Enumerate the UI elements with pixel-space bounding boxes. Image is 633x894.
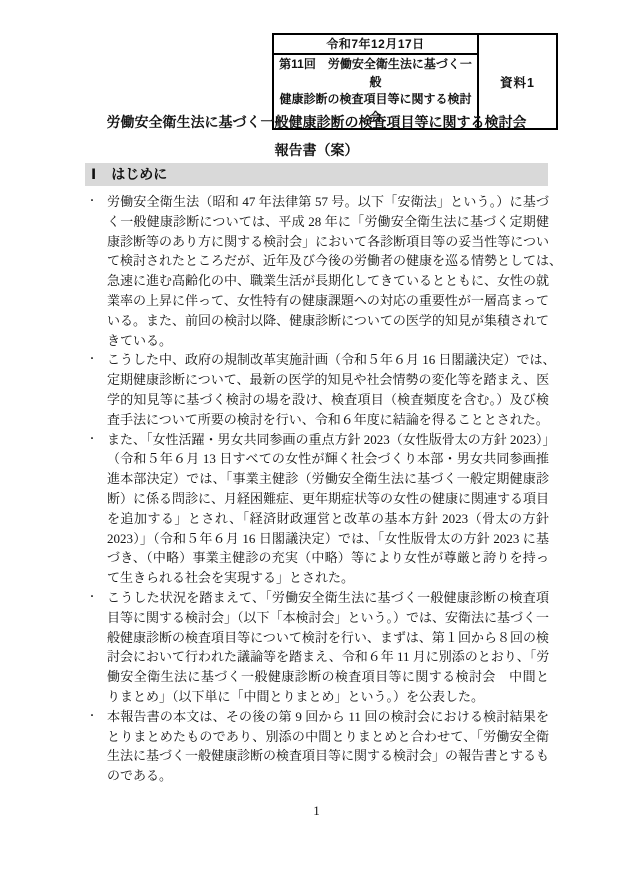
header-meeting-line1: 第11回 労働安全衛生法に基づく一般	[274, 56, 477, 91]
body-line: 康診断等のあり方に関する検討会」において各診断項目等の妥当性等につい	[107, 232, 549, 252]
body-paragraphs: ・労働安全衛生法（昭和 47 年法律第 57 号。以下「安衛法」という。）に基づ…	[85, 192, 549, 786]
bullet-marker: ・	[87, 350, 97, 370]
body-line: 働安全衛生法に基づく一般健康診断の検査項目等に関する検討会 中間と	[107, 667, 549, 687]
body-line: 断）に係る問診に、月経困難症、更年期症状等の女性の健康に関連する項目	[107, 489, 549, 509]
body-line: 急速に進む高齢化の中、職業生活が長期化してきているとともに、女性の就	[107, 271, 549, 291]
body-line: 討会において行われた議論等を踏まえ、令和６年 11 月に別添のとおり、「労	[107, 647, 549, 667]
paragraph: ・本報告書の本文は、その後の第 9 回から 11 回の検討会における検討結果をと…	[85, 707, 549, 786]
body-line: 査手法について所要の検討を行い、令和６年度に結論を得ることとされた。	[107, 410, 549, 430]
body-line: いる。また、前回の検討以降、健康診断についての医学的知見が集積されて	[107, 311, 549, 331]
body-line: 学的知見等に基づく検討の場を設け、検査項目（検査頻度を含む。）及び検	[107, 390, 549, 410]
body-line: きている。	[107, 331, 549, 351]
section-heading: Ⅰはじめに	[85, 163, 548, 186]
page-number: 1	[0, 803, 633, 819]
bullet-marker: ・	[87, 192, 97, 212]
document-title-line1: 労働安全衛生法に基づく一般健康診断の検査項目等に関する検討会	[0, 108, 633, 136]
paragraph: ・こうした状況を踏まえて、「労働安全衛生法に基づく一般健康診断の検査項目等に関す…	[85, 588, 549, 707]
body-line: りまとめ」（以下単に「中間とりまとめ」という。）を公表した。	[107, 687, 549, 707]
body-line: 2023）」（令和５年６月 16 日閣議決定）では、「女性版骨太の方針 2023…	[107, 529, 549, 549]
body-line: のである。	[107, 766, 549, 786]
body-line: 目等に関する検討会」（以下「本検討会」という。）では、安衛法に基づく一	[107, 608, 549, 628]
body-line: とりまとめたものであり、別添の中間とりまとめと合わせて、「労働安全衛	[107, 727, 549, 747]
body-line: を追加する」とされ、「経済財政運営と改革の基本方針 2023（骨太の方針	[107, 509, 549, 529]
body-line: 本報告書の本文は、その後の第 9 回から 11 回の検討会における検討結果を	[107, 707, 549, 727]
body-line: こうした状況を踏まえて、「労働安全衛生法に基づく一般健康診断の検査項	[107, 588, 549, 608]
bullet-marker: ・	[87, 707, 97, 727]
body-line: て生きられる社会を実現する」とされた。	[107, 568, 549, 588]
body-line: また、「女性活躍・男女共同参画の重点方針 2023（女性版骨太の方針 2023）…	[107, 430, 549, 450]
body-line: （令和５年６月 13 日すべての女性が輝く社会づくり本部・男女共同参画推	[107, 449, 549, 469]
body-line: 生法に基づく一般健康診断の検査項目等に関する検討会」の報告書とするも	[107, 746, 549, 766]
document-title: 労働安全衛生法に基づく一般健康診断の検査項目等に関する検討会 報告書（案）	[0, 108, 633, 164]
section-label: はじめに	[111, 166, 167, 182]
body-line: 定期健康診断について、最新の医学的知見や社会情勢の変化等を踏まえ、医	[107, 370, 549, 390]
body-line: 進本部決定）では、「事業主健診（労働安全衛生法に基づく一般定期健康診	[107, 469, 549, 489]
paragraph: ・労働安全衛生法（昭和 47 年法律第 57 号。以下「安衛法」という。）に基づ…	[85, 192, 549, 350]
body-line: づき、（中略）事業主健診の充実（中略）等により女性が尊厳と誇りを持っ	[107, 548, 549, 568]
document-title-line2: 報告書（案）	[0, 136, 633, 164]
section-number: Ⅰ	[91, 166, 96, 182]
bullet-marker: ・	[87, 430, 97, 450]
header-date: 令和7年12月17日	[274, 35, 477, 55]
document-page: 令和7年12月17日 第11回 労働安全衛生法に基づく一般 健康診断の検査項目等…	[0, 0, 633, 894]
paragraph: ・こうした中、政府の規制改革実施計画（令和５年６月 16 日閣議決定）では、定期…	[85, 350, 549, 429]
body-line: 般健康診断の検査項目等について検討を行い、まずは、第１回から８回の検	[107, 628, 549, 648]
paragraph: ・また、「女性活躍・男女共同参画の重点方針 2023（女性版骨太の方針 2023…	[85, 430, 549, 588]
body-line: く一般健康診断については、平成 28 年に「労働安全衛生法に基づく定期健	[107, 212, 549, 232]
body-line: 労働安全衛生法（昭和 47 年法律第 57 号。以下「安衛法」という。）に基づ	[107, 192, 549, 212]
body-line: て検討されたところだが、近年及び今後の労働者の健康を巡る情勢としては、	[107, 251, 549, 271]
body-line: 業率の上昇に伴って、女性特有の健康課題への対応の重要性が一層高まって	[107, 291, 549, 311]
body-line: こうした中、政府の規制改革実施計画（令和５年６月 16 日閣議決定）では、	[107, 350, 549, 370]
bullet-marker: ・	[87, 588, 97, 608]
